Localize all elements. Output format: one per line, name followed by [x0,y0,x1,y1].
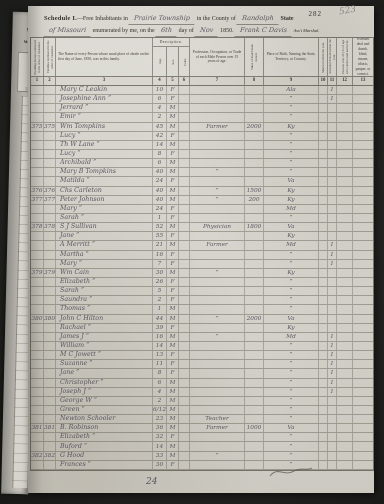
census-row: Buford ”14M” [31,442,373,451]
header-line-1: Schedule I.—Free Inhabitants in Prairie … [44,13,368,25]
cell-col [179,223,190,231]
month-handwritten: Nov [195,25,220,37]
cell-sex: F [167,150,179,158]
cell-col [179,433,190,441]
cell-birth: ” [264,113,319,121]
cell-m [319,187,328,195]
cell-occ [190,104,245,112]
cell-rw [337,442,353,450]
cell-d [31,260,44,268]
cell-col [179,324,190,332]
cell-rw [337,415,353,423]
cell-rw [337,196,353,204]
cell-rw [337,205,353,213]
column-number: 8 [245,77,264,85]
cell-d [31,177,44,185]
cell-d: 375 [31,123,44,131]
cell-rem [353,296,373,304]
cell-sch [328,123,337,131]
cell-name: Jane ” [56,232,153,240]
cell-rem [353,150,373,158]
cell-rw [337,360,353,368]
cell-age: 24 [153,177,167,185]
cell-sch [328,205,337,213]
census-row: Frances ”30F” [31,461,373,470]
cell-name: Suzanne ” [56,360,153,368]
cell-sch: 1 [328,86,337,94]
year-label: 1850. [220,28,234,34]
cell-col [179,150,190,158]
cell-val [245,369,264,377]
cell-age: 21 [153,241,167,249]
cell-occ [190,205,245,213]
cell-val: 2000 [245,123,264,131]
cell-age: 55 [153,232,167,240]
cell-val [245,442,264,450]
cell-m [319,223,328,231]
cell-rem [353,442,373,450]
cell-age: 14 [153,141,167,149]
cell-age: 8 [153,369,167,377]
cell-f [44,369,56,377]
cell-birth: Md [264,333,319,341]
census-row: 375375Wm Tompkins45MFarmer2000Ky [31,123,373,132]
cell-f [44,333,56,341]
cell-m [319,287,328,295]
cell-m [319,305,328,313]
cell-d [31,251,44,259]
cell-age: 42 [153,132,167,140]
cell-rw [337,232,353,240]
cell-name: Archibald ” [56,159,153,167]
census-row: Elizabeth ”26F” [31,278,373,287]
cell-col [179,461,190,469]
cell-f [44,159,56,167]
col-header-dwelling: Dwelling-houses numbered in the order of… [31,38,44,76]
census-row: Jane ”8F”1 [31,369,373,378]
cell-rem [353,168,373,176]
cell-d [31,296,44,304]
cell-f: 382 [44,452,56,460]
cell-rem [353,315,373,323]
col-header-remarks-text: Whether deaf and dumb, blind, insane, id… [353,38,373,76]
cell-birth: ” [264,159,319,167]
census-row: 377377Peter Johnson40M”200Ky [31,196,373,205]
col-header-sex-text: Sex. [171,59,175,65]
col-header-sex: Sex. [167,47,179,76]
cell-rw [337,86,353,94]
cell-sch [328,324,337,332]
cell-m [319,388,328,396]
cell-rem [353,360,373,368]
cell-m [319,241,328,249]
cell-f [44,141,56,149]
cell-val [245,141,264,149]
census-row: Mary B Tompkins40M”” [31,168,373,177]
cell-sch [328,141,337,149]
cell-name: Chs Carleton [56,187,153,195]
cell-f [44,132,56,140]
cell-sex: M [167,269,179,277]
cell-occ [190,113,245,121]
cell-val [245,251,264,259]
cell-sex: F [167,369,179,377]
cell-age: 5 [153,287,167,295]
cell-name: Sarah ” [56,214,153,222]
cell-m [319,442,328,450]
cell-m [319,406,328,414]
cell-sch [328,223,337,231]
cell-f [44,260,56,268]
cell-f [44,232,56,240]
cell-name: Thomas ” [56,305,153,313]
cell-col [179,278,190,286]
cell-f [44,104,56,112]
cell-m [319,424,328,432]
census-row: 381381B. Robinson36MFarmer1000Va [31,424,373,433]
cell-occ [190,433,245,441]
marshal-label: Ass't Marshal. [294,28,320,33]
cell-sex: F [167,251,179,259]
cell-rem [353,433,373,441]
cell-age: 36 [153,424,167,432]
cell-age: 16 [153,333,167,341]
cell-sch [328,424,337,432]
cell-sex: F [167,324,179,332]
cell-rem [353,406,373,414]
cell-val [245,406,264,414]
description-group-label: Description. [153,38,189,47]
day-handwritten: 6th [156,25,178,37]
census-row: Suzanne ”11F”1 [31,360,373,369]
census-row: 378378S J Sullivan52MPhysician1800Va [31,223,373,232]
census-row: Martha ”16F”1 [31,251,373,260]
cell-birth: ” [264,415,319,423]
cell-sex: M [167,187,179,195]
cell-occ [190,442,245,450]
cell-rem [353,223,373,231]
cell-rw [337,452,353,460]
cell-m [319,196,328,204]
cell-occ [190,342,245,350]
census-row: Jerrard ”4M” [31,104,373,113]
census-row: Newton Schooler23MTeacher” [31,415,373,424]
cell-birth: ” [264,251,319,259]
column-number: 4 [153,77,167,85]
census-row: James J ”16M”Md1 [31,333,373,342]
cell-val [245,433,264,441]
cell-sex: F [167,95,179,103]
cell-rem [353,260,373,268]
cell-col [179,86,190,94]
cell-sch [328,452,337,460]
cell-col [179,305,190,313]
cell-age: 6 [153,379,167,387]
cell-rw [337,168,353,176]
cell-age: 44 [153,315,167,323]
cell-sch [328,159,337,167]
cell-f: 378 [44,223,56,231]
cell-name: Jerrard ” [56,104,153,112]
cell-m [319,150,328,158]
cell-d [31,86,44,94]
cell-val [245,241,264,249]
census-page: 282 523 Schedule I.—Free Inhabitants in … [28,6,374,493]
cell-age: 8 [153,150,167,158]
cell-birth: ” [264,104,319,112]
state-handwritten: of Missouri [43,25,91,37]
cell-f [44,360,56,368]
census-row: Mary ”24FMd [31,205,373,214]
cell-col [179,159,190,167]
cell-sex: M [167,196,179,204]
col-header-occupation: Profession, Occupation, or Trade of each… [190,38,245,76]
cell-sch [328,104,337,112]
cell-f [44,86,56,94]
cell-birth: ” [264,442,319,450]
cell-sch: 1 [328,241,337,249]
census-row: Sarah ”5F” [31,287,373,296]
cell-sch: 1 [328,351,337,359]
cell-occ [190,287,245,295]
cell-m [319,397,328,405]
cell-col [179,187,190,195]
cell-name: Mary B Tompkins [56,168,153,176]
cell-rw [337,424,353,432]
cell-col [179,95,190,103]
cell-age: 2 [153,296,167,304]
cell-name: Lucy ” [56,132,153,140]
cell-name: Newton Schooler [56,415,153,423]
cell-birth: Ala [264,86,319,94]
header-line-2: of Missouri enumerated by me, on the 6th… [44,25,368,37]
cell-sex: M [167,442,179,450]
cell-sex: M [167,104,179,112]
cell-birth: ” [264,260,319,268]
cell-d [31,397,44,405]
cell-age: 16 [153,251,167,259]
cell-d [31,104,44,112]
cell-birth: ” [264,296,319,304]
cell-m [319,177,328,185]
cell-m [319,232,328,240]
cell-col [179,296,190,304]
column-number: 3 [56,77,153,85]
cell-col [179,452,190,460]
cell-f [44,278,56,286]
cell-rem [353,287,373,295]
cell-birth: ” [264,305,319,313]
cell-sch: 1 [328,388,337,396]
cell-f [44,406,56,414]
cell-sex: M [167,424,179,432]
cell-birth: Va [264,315,319,323]
cell-rw [337,461,353,469]
cell-occ: ” [190,168,245,176]
cell-col [179,196,190,204]
cell-val [245,150,264,158]
cell-sch: 1 [328,360,337,368]
cell-sch [328,296,337,304]
cell-occ: ” [190,452,245,460]
cell-occ [190,232,245,240]
cell-sch [328,132,337,140]
cell-m [319,113,328,121]
cell-d [31,241,44,249]
cell-rem [353,305,373,313]
cell-rw [337,397,353,405]
cell-rem [353,232,373,240]
cell-rem [353,379,373,387]
census-row: Rachael ”39FKy [31,324,373,333]
cell-birth: ” [264,351,319,359]
cell-d [31,159,44,167]
col-header-age: Age. [153,47,167,76]
cell-f [44,95,56,103]
cell-occ: ” [190,333,245,341]
cell-sch [328,315,337,323]
census-row: Lucy ”8F” [31,150,373,159]
cell-d: 379 [31,269,44,277]
cell-name: Th W Lane ” [56,141,153,149]
census-row: Th W Lane ”14M” [31,141,373,150]
cell-sch [328,113,337,121]
day-of-label: day of [179,28,194,34]
cell-col [179,260,190,268]
cell-col [179,442,190,450]
cell-f: 379 [44,269,56,277]
cell-sex: M [167,141,179,149]
cell-sex: F [167,232,179,240]
census-table-body: Mary C Leakin10FAla1Josephine Ann ”6F”1J… [31,86,373,470]
cell-f [44,168,56,176]
cell-rw [337,260,353,268]
cell-birth: Va [264,424,319,432]
column-number: 2 [44,77,56,85]
col-header-married-text: Married within the year. [321,42,325,73]
census-row: Matilda ”24FVa [31,177,373,186]
description-subcolumns: Age. Sex. Color. [153,47,189,76]
cell-col [179,406,190,414]
cell-d [31,232,44,240]
cell-birth: ” [264,150,319,158]
cell-birth: ” [264,369,319,377]
cell-val [245,278,264,286]
cell-rw [337,433,353,441]
census-row: Lucy ”42F” [31,132,373,141]
cell-f: 376 [44,187,56,195]
col-header-birthplace: Place of Birth, Naming the State, Territ… [264,38,319,76]
cell-name: Matilda ” [56,177,153,185]
cell-sex: F [167,205,179,213]
cell-occ [190,360,245,368]
cell-f [44,442,56,450]
cell-f: 380 [44,315,56,323]
cell-m [319,433,328,441]
col-header-real-estate: Value of Real Estate owned. [245,38,264,76]
cell-m [319,315,328,323]
cell-age: 39 [153,324,167,332]
cell-name: Elizabeth ” [56,433,153,441]
cell-occ [190,388,245,396]
census-row: Mary ”7F”1 [31,260,373,269]
cell-d [31,351,44,359]
cell-birth: Ky [264,196,319,204]
cell-sch [328,415,337,423]
cell-sch [328,305,337,313]
cell-d [31,305,44,313]
cell-age: 40 [153,196,167,204]
col-header-description-group: Description. Age. Sex. Color. [153,38,190,76]
cell-rw [337,269,353,277]
cell-val [245,415,264,423]
cell-val [245,397,264,405]
column-number: 5 [167,77,179,85]
cell-rw [337,104,353,112]
cell-name: Rachael ” [56,324,153,332]
cell-occ: ” [190,315,245,323]
cell-name: William ” [56,342,153,350]
col-header-family-text: Families numbered in the order of visita… [46,39,54,75]
cell-sex: F [167,86,179,94]
schedule-label: Schedule I. [44,15,77,22]
cell-name: S J Sullivan [56,223,153,231]
table-header-row: Dwelling-houses numbered in the order of… [31,38,373,77]
cell-occ: Farmer [190,424,245,432]
page-total-handwritten: 24 [146,477,157,487]
cell-name: Jane ” [56,369,153,377]
cell-birth: ” [264,433,319,441]
cell-rw [337,315,353,323]
cell-sex: M [167,241,179,249]
cell-f [44,397,56,405]
cell-d [31,360,44,368]
column-number: 12 [337,77,353,85]
cell-m [319,461,328,469]
cell-rw [337,351,353,359]
cell-birth: Ky [264,324,319,332]
cell-occ: Farmer [190,241,245,249]
cell-d: 378 [31,223,44,231]
column-number: 1 [31,77,44,85]
enumerator-handwritten: Frank C Davis [234,25,292,37]
cell-rw [337,305,353,313]
cell-name: Wm Cain [56,269,153,277]
column-number-row: 12345678910111213 [31,77,373,86]
cell-f: 381 [44,424,56,432]
cell-sch [328,196,337,204]
cell-col [179,424,190,432]
col-header-name: The Name of every Person whose usual pla… [56,38,153,76]
cell-age: 6 [153,95,167,103]
cell-sch: 1 [328,333,337,341]
census-row: Archibald ”6M” [31,159,373,168]
cell-d [31,168,44,176]
cell-age: 11 [153,360,167,368]
cell-age: 1 [153,214,167,222]
cell-sex: M [167,342,179,350]
cell-birth: ” [264,452,319,460]
cell-birth: ” [264,214,319,222]
cell-d [31,287,44,295]
cell-birth: ” [264,168,319,176]
cell-occ [190,278,245,286]
cell-m [319,278,328,286]
cell-val [245,461,264,469]
cell-col [179,333,190,341]
cell-occ [190,159,245,167]
cell-rem [353,196,373,204]
